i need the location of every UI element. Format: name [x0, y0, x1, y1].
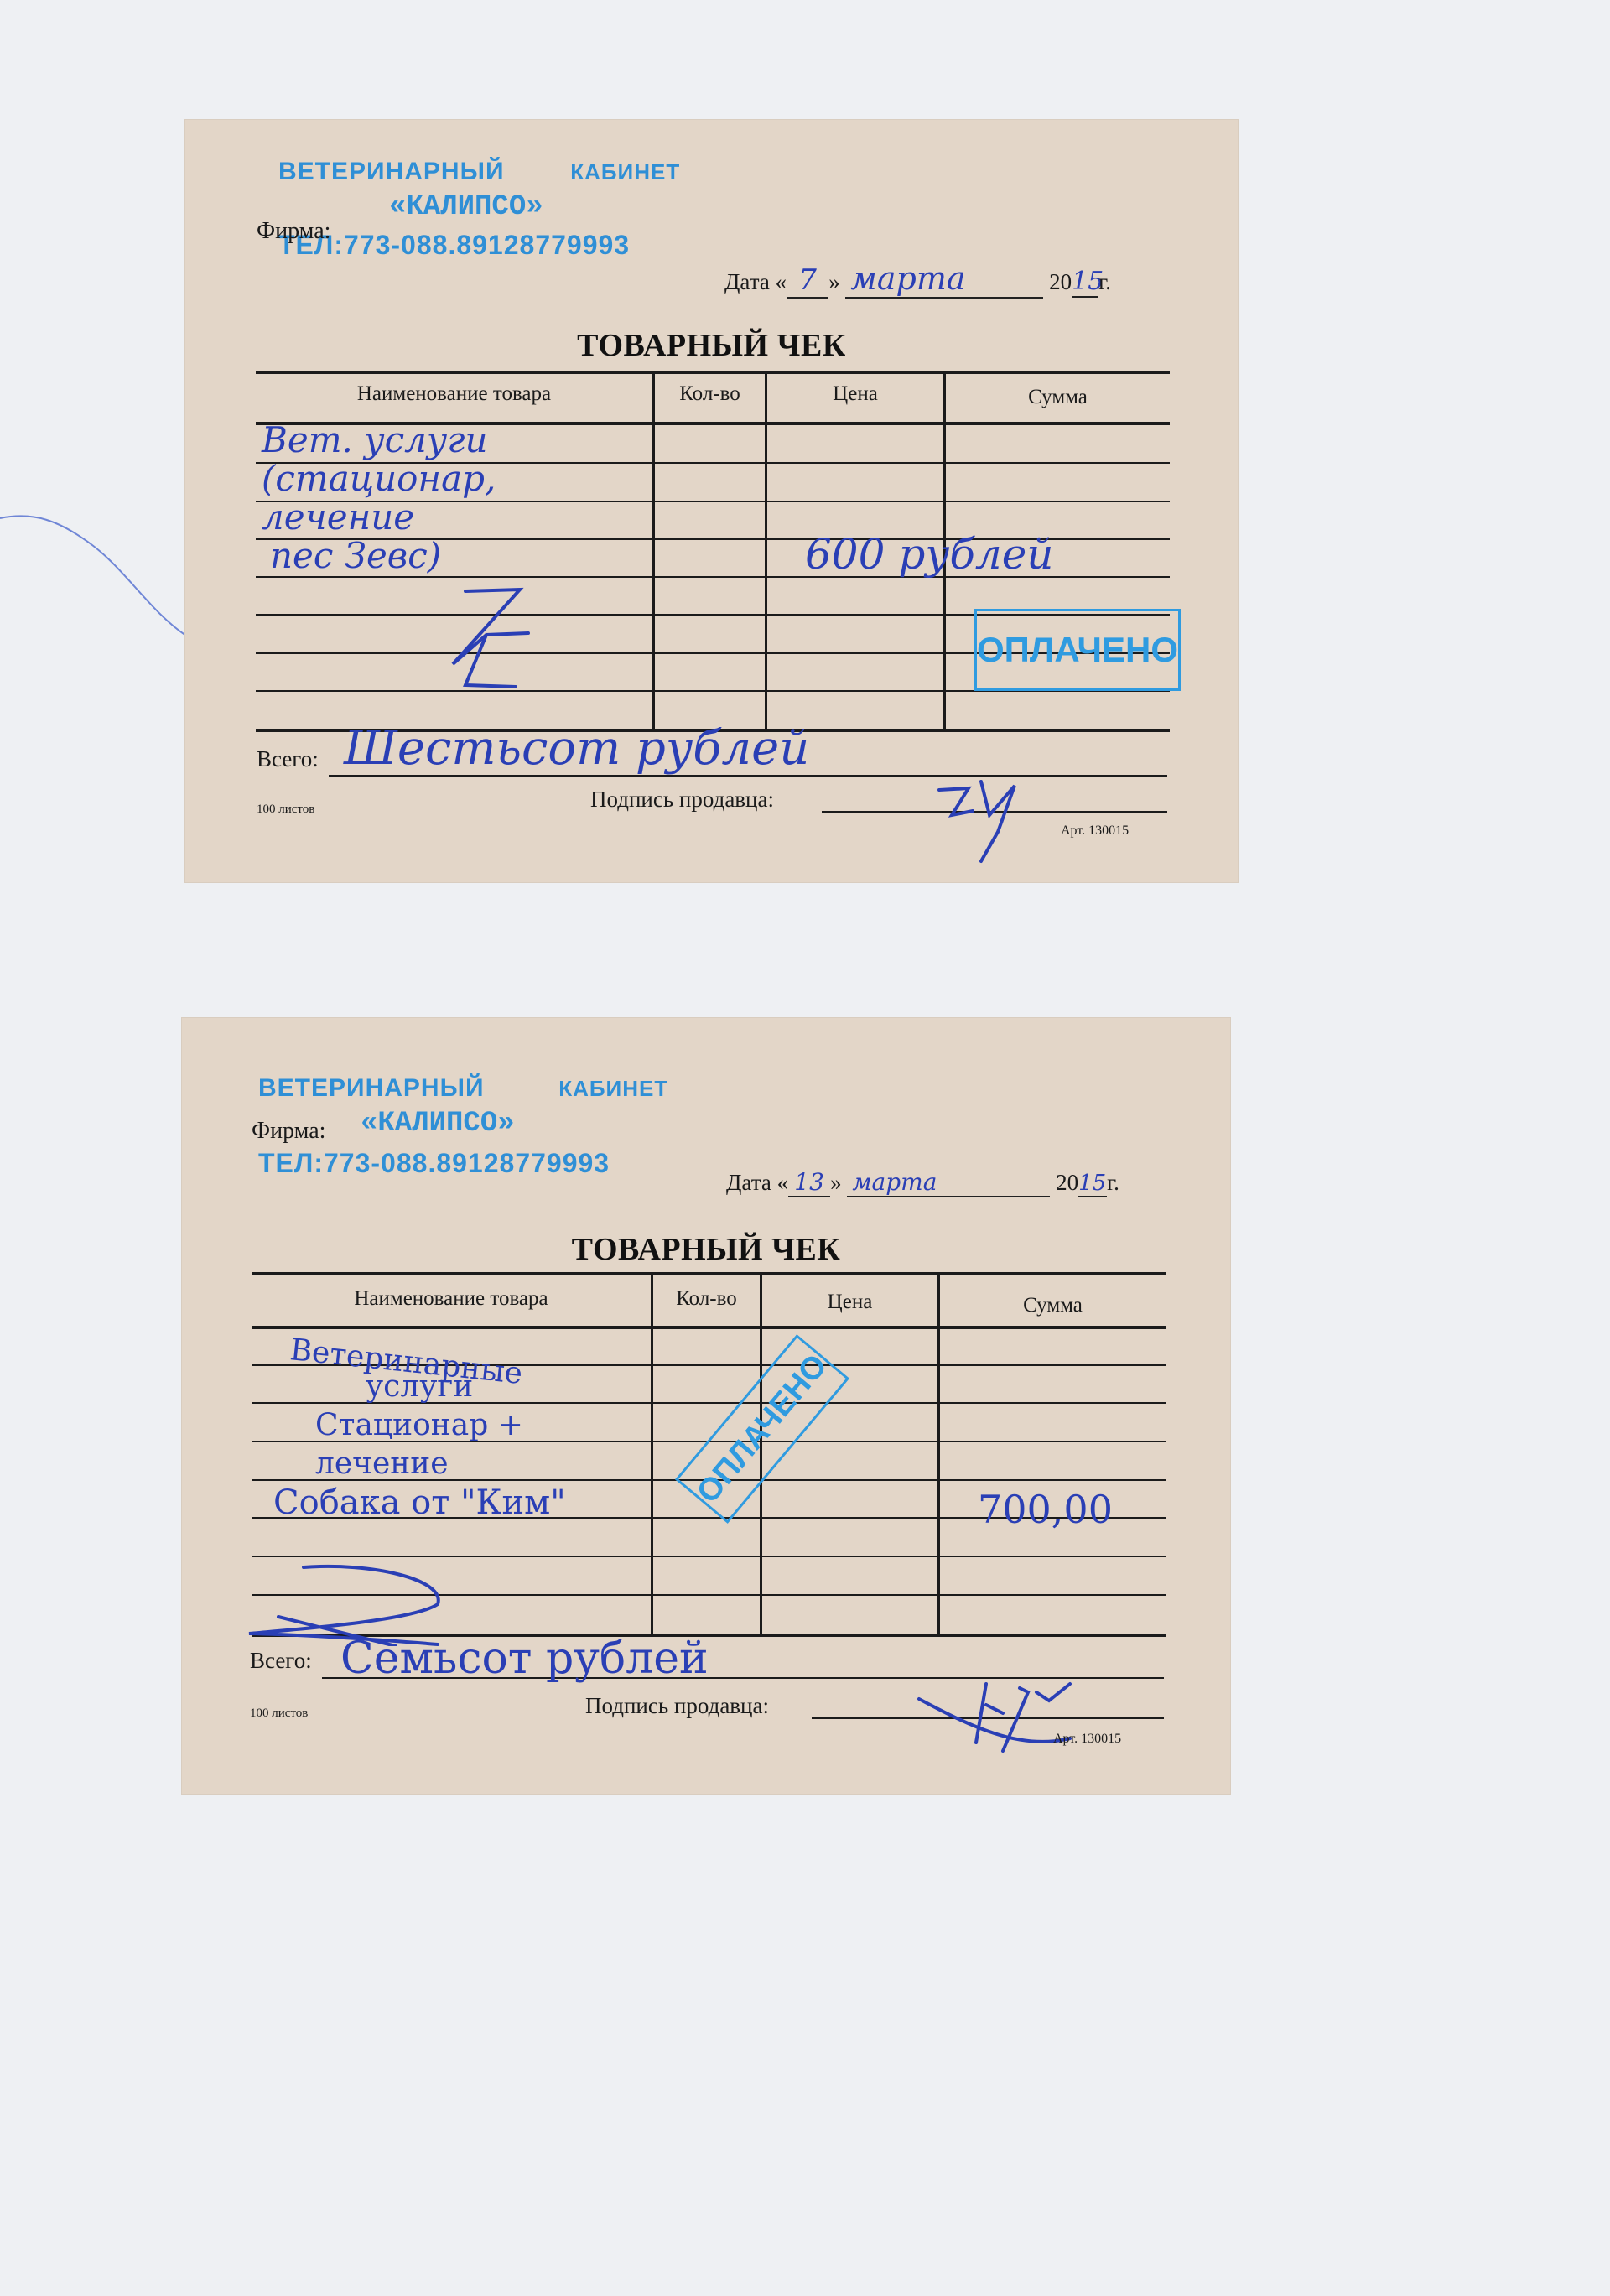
date-field: Дата «7» марта 2015г. [724, 260, 1111, 299]
firm-label: Фирма: [252, 1118, 325, 1145]
col-header-sum: Сумма [946, 386, 1170, 409]
item-line: лечение [273, 1445, 566, 1483]
date-month[interactable]: марта [845, 260, 1043, 299]
col-header-price: Цена [762, 1291, 937, 1314]
article-number: Арт. 130015 [1053, 1732, 1121, 1747]
receipt-2: ВЕТЕРИНАРНЫЙ КАБИНЕТ «КАЛИПСО» ТЕЛ:773-0… [181, 1017, 1231, 1795]
date-quote-close: » [830, 1170, 842, 1195]
col-header-qty: Кол-во [655, 382, 765, 406]
stamp-clinic-name: «КАЛИПСО» [389, 191, 748, 223]
date-year[interactable]: 15 [1078, 1171, 1107, 1197]
receipt-title: ТОВАРНЫЙ ЧЕК [181, 1231, 1231, 1268]
stamp-line-1a: ВЕТЕРИНАРНЫЙ [278, 158, 505, 185]
total-value[interactable]: Шестьсот рублей [344, 721, 809, 776]
seller-signature[interactable] [922, 765, 1040, 865]
item-description: Ветеринарные услуги Стационар + лечение … [273, 1329, 566, 1522]
z-strike-mark [245, 1554, 463, 1646]
item-description: Вет. услуги (стационар, лечение пес Зевс… [262, 421, 496, 575]
column-divider [652, 372, 655, 731]
stray-pen-line [0, 503, 189, 646]
date-year[interactable]: 15 [1072, 267, 1098, 298]
col-header-price: Цена [767, 382, 943, 406]
stamp-clinic-name: «КАЛИПСО» [361, 1108, 728, 1140]
col-header-name: Наименование товара [252, 1287, 651, 1311]
price-value: 600 рублей [805, 530, 1053, 579]
date-month[interactable]: марта [847, 1168, 1050, 1197]
table-top-border [252, 1272, 1166, 1275]
sum-value: 700,00 [978, 1487, 1113, 1532]
item-line: пес Зевс) [262, 537, 496, 575]
item-line: лечение [262, 498, 496, 537]
z-strike-mark [436, 584, 537, 693]
article-number: Арт. 130015 [1061, 823, 1129, 839]
stamp-line-1b: КАБИНЕТ [558, 1076, 668, 1101]
date-year-prefix: 20 [1056, 1170, 1078, 1195]
total-label: Всего: [250, 1648, 312, 1674]
signature-label: Подпись продавца: [585, 1693, 769, 1719]
date-label: Дата « [724, 269, 787, 294]
date-year-prefix: 20 [1049, 269, 1072, 294]
item-line: Собака от "Ким" [273, 1483, 566, 1522]
signature-label: Подпись продавца: [590, 787, 774, 813]
col-header-name: Наименование товара [256, 382, 652, 406]
item-line: Вет. услуги [262, 421, 496, 460]
stamp-phone: ТЕЛ:773-088.89128779993 [278, 230, 748, 261]
firm-label: Фирма: [257, 218, 330, 245]
date-day[interactable]: 13 [788, 1168, 830, 1197]
total-label: Всего: [257, 746, 319, 772]
column-divider [937, 1274, 940, 1636]
col-header-sum: Сумма [940, 1294, 1166, 1317]
sheets-count: 100 листов [250, 1706, 308, 1721]
stamp-line-1a: ВЕТЕРИНАРНЫЙ [258, 1074, 485, 1102]
table-top-border [256, 371, 1170, 374]
item-line: Стационар + [273, 1406, 566, 1445]
receipt-1: ВЕТЕРИНАРНЫЙ КАБИНЕТ «КАЛИПСО» ТЕЛ:773-0… [184, 119, 1239, 883]
clinic-stamp: ВЕТЕРИНАРНЫЙ КАБИНЕТ «КАЛИПСО» ТЕЛ:773-0… [258, 1074, 728, 1179]
stamp-phone: ТЕЛ:773-088.89128779993 [258, 1148, 728, 1179]
date-year-end: г. [1098, 269, 1111, 294]
date-quote-close: » [828, 269, 840, 294]
sheets-count: 100 листов [257, 803, 314, 817]
date-year-end: г. [1107, 1170, 1119, 1195]
col-header-qty: Кол-во [653, 1287, 760, 1311]
date-label: Дата « [726, 1170, 788, 1195]
column-divider [651, 1274, 653, 1636]
total-value[interactable]: Семьсот рублей [340, 1634, 709, 1684]
date-day[interactable]: 7 [787, 263, 828, 299]
paid-stamp: ОПЛАЧЕНО [675, 1334, 849, 1524]
date-field: Дата «13» марта 2015г. [726, 1168, 1119, 1197]
item-line: (стационар, [262, 460, 496, 498]
clinic-stamp: ВЕТЕРИНАРНЫЙ КАБИНЕТ «КАЛИПСО» ТЕЛ:773-0… [278, 158, 748, 261]
receipt-title: ТОВАРНЫЙ ЧЕК [184, 327, 1239, 364]
paid-stamp: ОПЛАЧЕНО [974, 609, 1181, 691]
stamp-line-1b: КАБИНЕТ [570, 159, 680, 184]
column-divider [765, 372, 767, 731]
